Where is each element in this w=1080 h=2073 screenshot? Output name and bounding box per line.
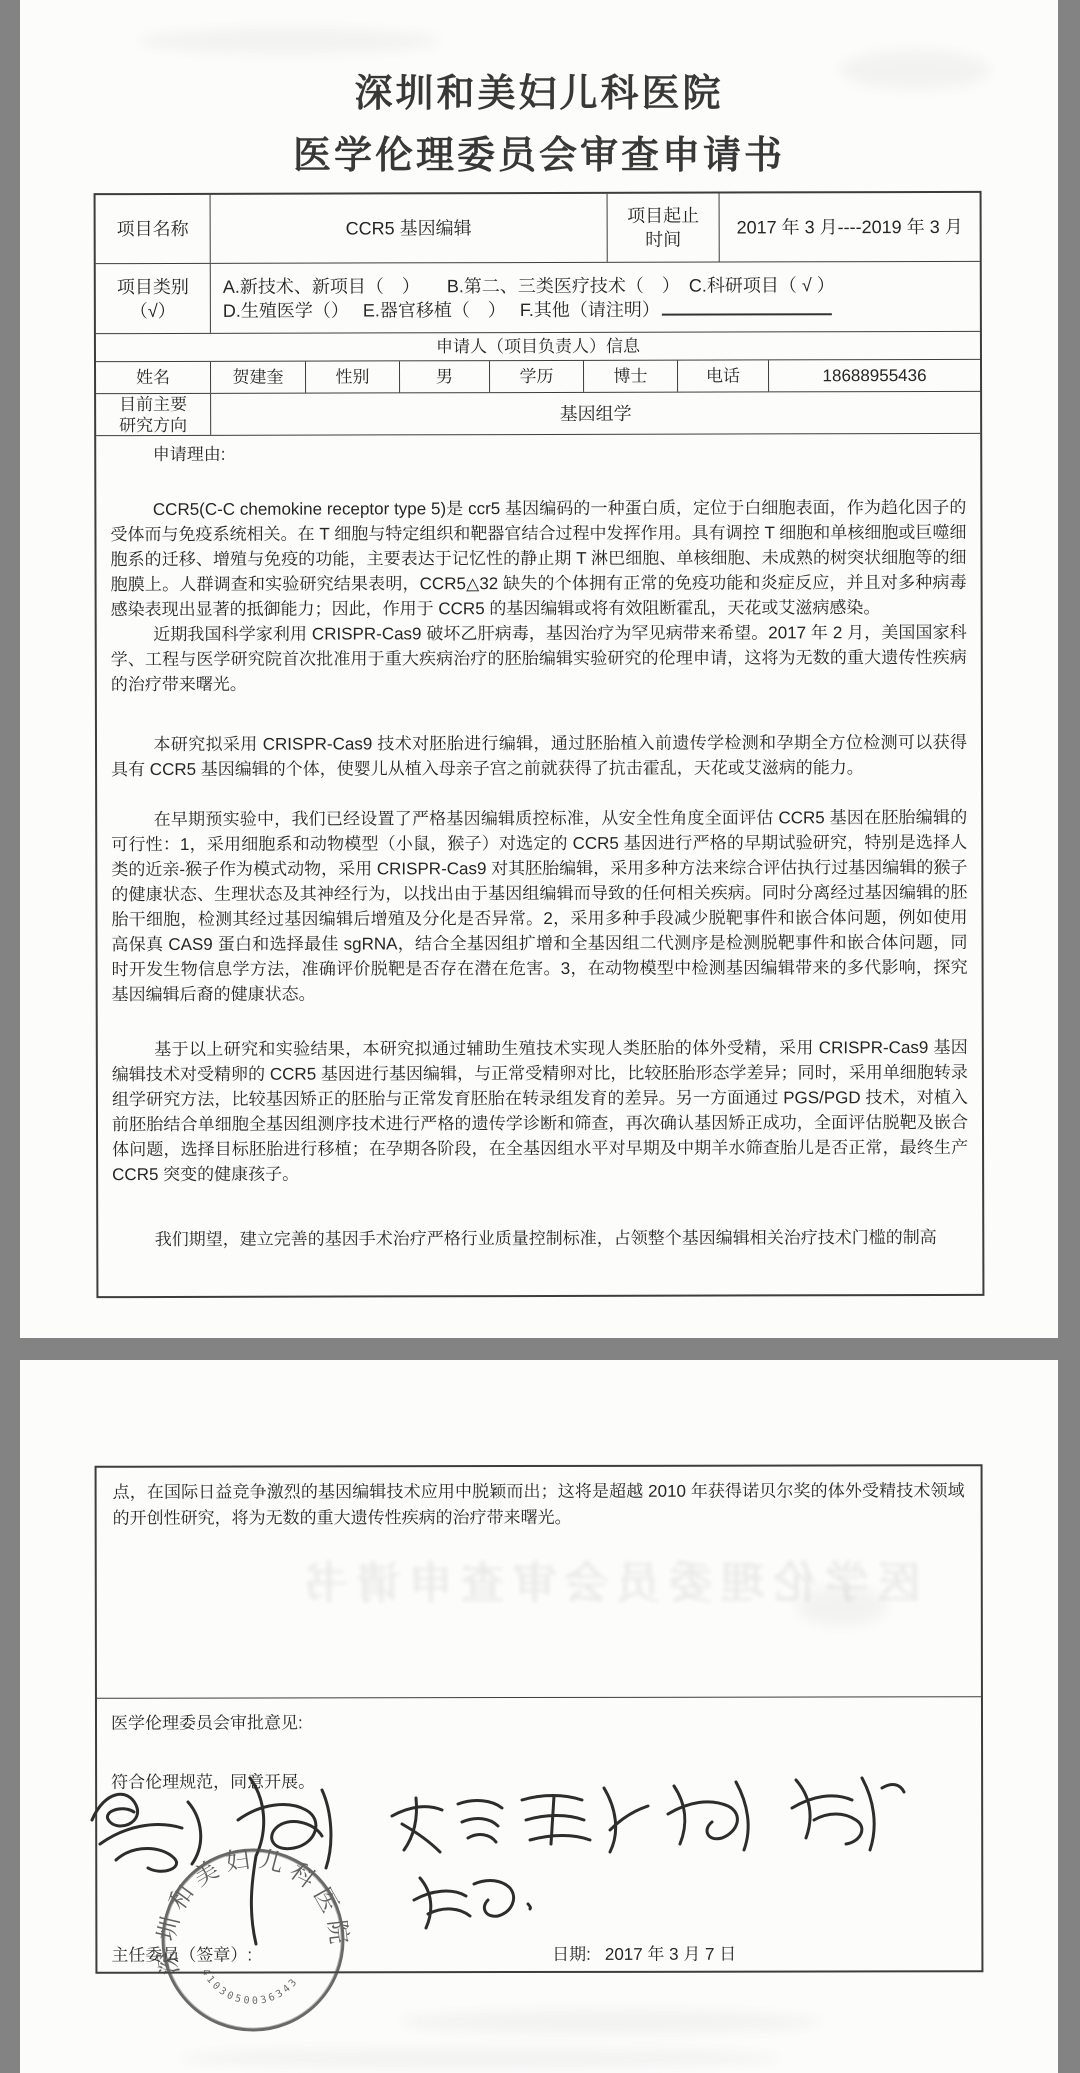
- reason-label: 申请理由:: [110, 440, 966, 467]
- project-period-label-l1: 项目起止: [627, 204, 699, 228]
- category-label: 项目类别 （√）: [96, 264, 210, 333]
- reason-paragraph-2: 近期我国科学家利用 CRISPR-Cas9 破坏乙肝病毒，基因治疗为罕见病带来希…: [111, 620, 967, 697]
- signature-stroke: [392, 1798, 502, 1852]
- hospital-title: 深圳和美妇儿科医院: [20, 62, 1058, 117]
- hospital-round-seal: 深圳和美妇儿科医院 4103050036343: [158, 1845, 348, 2035]
- scan-smudge: [797, 1586, 887, 1626]
- row-project-name: 项目名称 CCR5 基因编辑 项目起止 时间 2017 年 3 月----201…: [96, 193, 980, 263]
- phone-label: 电话: [677, 360, 768, 391]
- page-1: 深圳和美妇儿科医院 医学伦理委员会审查申请书 项目名称 CCR5 基因编辑 项目…: [20, 0, 1058, 1338]
- gender-label: 性别: [305, 361, 399, 392]
- project-name-label: 项目名称: [96, 195, 210, 263]
- reason-paragraph-6: 我们期望，建立完善的基因手术治疗严格行业质量控制标准，占领整个基因编辑相关治疗技…: [112, 1225, 968, 1252]
- reason-paragraph-5: 基于以上研究和实验结果，本研究拟通过辅助生殖技术实现人类胚胎的体外受精，采用 C…: [112, 1035, 968, 1187]
- project-name-value: CCR5 基因编辑: [210, 194, 607, 263]
- application-reason-cell: 申请理由: CCR5(C-C chemokine receptor type 5…: [96, 433, 982, 1296]
- reason-continuation: 点，在国际日益竞争激烈的基因编辑技术应用中脱颖而出；这将是超越 2010 年获得…: [97, 1466, 981, 1532]
- phone-value: 18688955436: [768, 360, 980, 392]
- project-period-label-l2: 时间: [645, 228, 681, 252]
- scan-smudge: [140, 28, 440, 54]
- degree-label: 学历: [489, 361, 583, 392]
- signature-stroke: [792, 1778, 904, 1850]
- name-value: 贺建奎: [210, 362, 305, 393]
- row-applicant-info: 姓名 贺建奎 性别 男 学历 博士 电话 18688955436: [96, 359, 980, 393]
- project-period-label: 项目起止 时间: [607, 194, 719, 262]
- name-label: 姓名: [96, 362, 210, 393]
- research-label-l1: 目前主要: [119, 393, 187, 414]
- page-2: 点，在国际日益竞争激烈的基因编辑技术应用中脱颖而出；这将是超越 2010 年获得…: [20, 1360, 1058, 2073]
- approval-opinion-label: 医学伦理委员会审批意见:: [97, 1697, 981, 1734]
- seal-text: 深圳和美妇儿科医院: [153, 1845, 353, 1976]
- scanned-document: { "page1": { "title_line1": "深圳和美妇儿科医院",…: [0, 0, 1080, 2073]
- signature-stroke: [668, 1782, 748, 1850]
- category-options-line1: A.新技术、新项目（ ） B.第二、三类医疗技术（ ） C.科研项目（ √ ）: [223, 273, 835, 299]
- degree-value: 博士: [583, 361, 677, 392]
- row-applicant-header: 申请人（项目负责人）信息: [96, 331, 980, 361]
- category-check-mark: （√）: [130, 298, 176, 322]
- seal-serial-number: 4103050036343: [199, 1967, 301, 2007]
- signature-stroke: [522, 1788, 648, 1852]
- category-options: A.新技术、新项目（ ） B.第二、三类医疗技术（ ） C.科研项目（ √ ） …: [210, 262, 980, 333]
- scan-smudge: [180, 2048, 780, 2068]
- category-line2-text: D.生殖医学（） E.器官移植（ ） F.其他（请注明）: [223, 299, 660, 320]
- research-direction-value: 基因组学: [210, 392, 980, 435]
- scan-smudge: [400, 2010, 820, 2034]
- fill-in-blank-line: [662, 299, 832, 315]
- gender-value: 男: [399, 361, 489, 392]
- reason-paragraph-3: 本研究拟采用 CRISPR-Cas9 技术对胚胎进行编辑，通过胚胎植入前遗传学检…: [111, 730, 967, 782]
- row-project-category: 项目类别 （√） A.新技术、新项目（ ） B.第二、三类医疗技术（ ） C.科…: [96, 261, 980, 333]
- project-period-value: 2017 年 3 月----2019 年 3 月: [719, 193, 980, 262]
- document-title: 医学伦理委员会审查申请书: [20, 124, 1058, 179]
- reason-paragraph-4: 在早期预实验中，我们已经设置了严格基因编辑质控标准，从安全性角度全面评估 CCR…: [111, 805, 968, 1007]
- category-options-line2: D.生殖医学（） E.器官移植（ ） F.其他（请注明）: [223, 297, 832, 323]
- research-label-l2: 研究方向: [119, 414, 187, 435]
- category-label-text: 项目类别: [117, 274, 189, 298]
- row-research-direction: 目前主要 研究方向 基因组学: [96, 391, 980, 435]
- reason-paragraph-1: CCR5(C-C chemokine receptor type 5)是 ccr…: [110, 495, 966, 622]
- signature-stroke: [414, 1878, 530, 1928]
- applicant-header: 申请人（项目负责人）信息: [96, 332, 980, 361]
- application-table: 项目名称 CCR5 基因编辑 项目起止 时间 2017 年 3 月----201…: [94, 191, 985, 1298]
- research-direction-label: 目前主要 研究方向: [96, 394, 210, 435]
